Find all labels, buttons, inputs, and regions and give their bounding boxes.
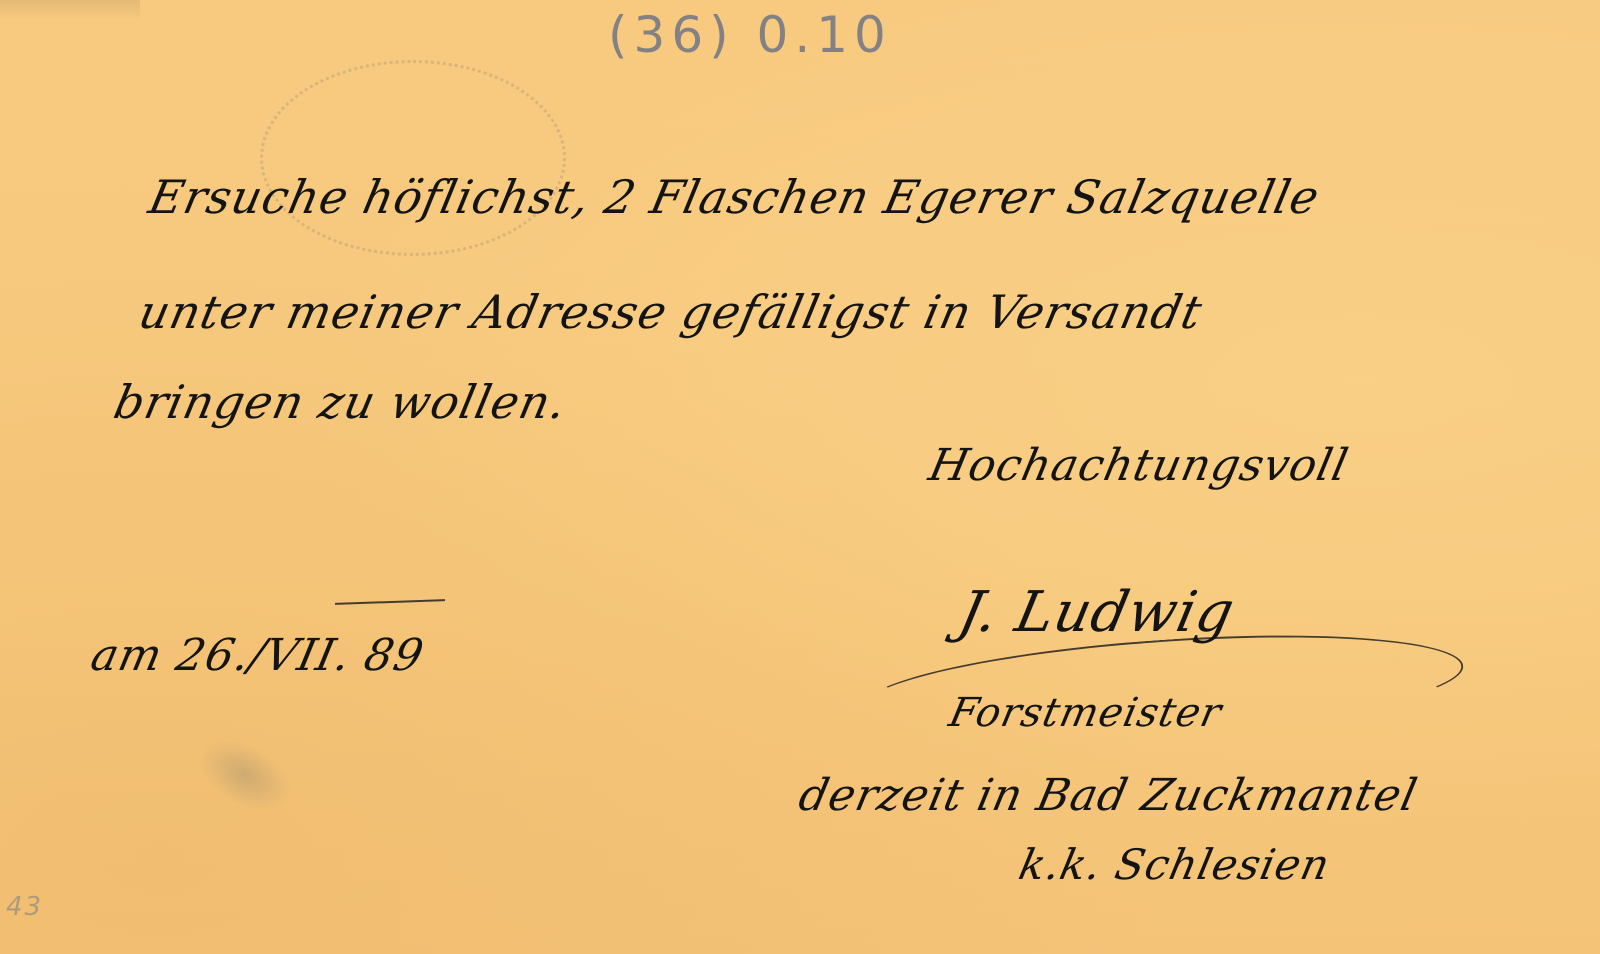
date-overline: [335, 599, 445, 605]
archive-reference: (36) 0.10: [608, 6, 892, 64]
postcard: (36) 0.10 43 Ersuche höflichst, 2 Flasch…: [0, 0, 1600, 954]
signature-region: k.k. Schlesien: [1015, 840, 1335, 889]
faint-postmark: [260, 60, 566, 256]
paper-corner-shadow: [0, 0, 140, 20]
closing-salutation: Hochachtungsvoll: [925, 440, 1353, 491]
archive-number: 43: [6, 892, 43, 922]
paper-stain: [187, 724, 304, 826]
body-line-3: bringen zu wollen.: [109, 375, 572, 429]
signature-name: J. Ludwig: [953, 580, 1240, 645]
body-line-1: Ersuche höflichst, 2 Flaschen Egerer Sal…: [144, 170, 1324, 224]
signature-location: derzeit in Bad Zuckmantel: [795, 770, 1422, 821]
body-line-2: unter meiner Adresse gefälligst in Versa…: [134, 285, 1207, 339]
letter-date: am 26./VII. 89: [87, 630, 429, 681]
signature-title: Forstmeister: [945, 690, 1226, 736]
